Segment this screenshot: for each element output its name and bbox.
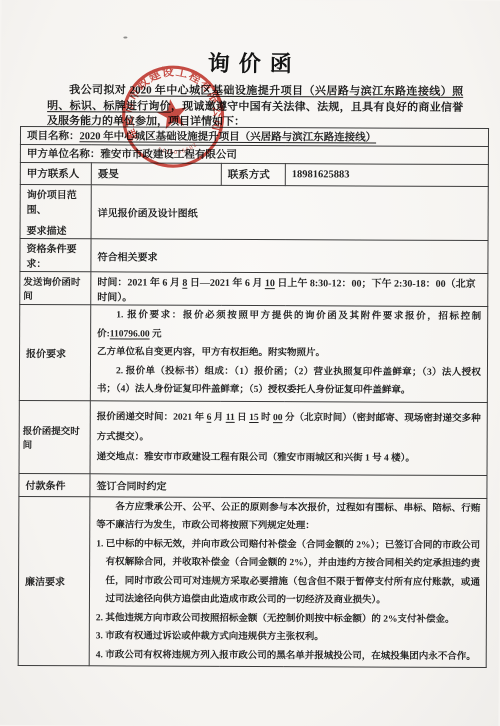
row-contact: 甲方联系人 聂旻 联系方式 18981625883 <box>20 162 488 186</box>
contact-name-value: 聂旻 <box>91 163 221 186</box>
quote-req-label: 报价要求 <box>19 304 90 400</box>
scope-label-line2: 要求描述 <box>27 222 85 237</box>
intro-text-start: 我公司拟对 <box>69 84 129 96</box>
submit-time-text: 月 <box>211 412 225 422</box>
intro-paragraph: 我公司拟对 2020 年中心城区基础设施提升项目（兴居路与滨江东路连接线）照明、… <box>47 83 463 131</box>
row-send-time: 发送询价函时间 时间：2021 年 6 月 8 日—2021 年 6 月 10 … <box>20 271 488 306</box>
quote-req-control-price: 110796.00 <box>110 329 150 339</box>
integrity-item-3: 3. 市政有权通过诉讼或仲裁方式向违规供方主张权利。 <box>96 627 480 647</box>
submit-time-label: 报价函提交时间 <box>19 400 90 473</box>
contact-phone-label: 联系方式 <box>221 163 285 185</box>
submit-time-text: 报价函递交时间：2021 年 <box>97 412 207 422</box>
send-time-text: 日—2021 年 6 月 <box>187 278 265 289</box>
submit-time-value: 报价函递交时间：2021 年 6 月 11 日 15 时 00 分（北京时间）（… <box>90 400 487 475</box>
row-scope: 询价项目范围、 要求描述 详见报价函及设计图纸 <box>20 184 488 240</box>
scope-value: 详见报价函及设计图纸 <box>91 185 488 241</box>
contact-phone-value: 18981625883 <box>285 164 488 187</box>
integrity-item-4: 4. 市政公司有权将违规方列入报市政公司的黑名单并报城投公司，在城投集团内永不合… <box>96 646 480 666</box>
scan-speck <box>123 36 127 38</box>
quote-req-item2: 2. 报价单（投标书）组成：（1）报价函；（2）营业执照复印件盖鲜章；（3）法人… <box>97 362 481 401</box>
send-time-text: 时间：2021 年 6 月 <box>97 277 182 288</box>
payment-label: 付款条件 <box>19 473 90 496</box>
page-title: 询价函 <box>20 46 488 79</box>
send-time-day2: 10 <box>265 278 275 289</box>
submit-hour: 15 <box>249 412 259 422</box>
integrity-item-2: 2. 其他违规方向市政公司按照招标金额（无控制价则按中标金额）的 2%支付补偿金… <box>96 609 480 629</box>
row-quote-requirements: 报价要求 1. 报价要求：报价必须按照甲方提供的询价函及其附件要求报价，招标控制… <box>19 304 487 402</box>
send-time-label: 发送询价函时间 <box>20 271 91 304</box>
integrity-item-1: 1. 已中标的中标无效，并向市政公司赔付补偿金（合同金额的 2%）；已签订合同的… <box>96 535 480 611</box>
row-payment: 付款条件 签订合同时约定 <box>19 473 487 498</box>
row-project-name: 项目名称：2020 年中心城区基础设施提升项目（兴居路与滨江东路连接线） <box>20 126 488 146</box>
submit-time-text: 时 <box>259 413 273 423</box>
submit-address: 递交地点：雅安市市政建设工程有限公司（雅安市雨城区和兴街 1 号 4 楼）。 <box>97 447 481 469</box>
integrity-value: 各方应秉承公开、公平、公正的原则参与本次报价，过程如有围标、串标、陪标、行贿等不… <box>89 496 487 667</box>
integrity-label: 廉洁要求 <box>18 496 90 666</box>
submit-time-text: 日 <box>235 412 249 422</box>
row-submit-time: 报价函提交时间 报价函递交时间：2021 年 6 月 11 日 15 时 00 … <box>19 400 487 475</box>
qualification-label: 资格条件要求： <box>20 238 91 271</box>
contact-label: 甲方联系人 <box>20 162 91 184</box>
inquiry-table: 项目名称：2020 年中心城区基础设施提升项目（兴居路与滨江东路连接线） 甲方单… <box>18 126 489 668</box>
quote-req-value: 1. 报价要求：报价必须按照甲方提供的询价函及其附件要求报价，招标控制价:110… <box>90 305 487 402</box>
project-name-value: 2020 年中心城区基础设施提升项目（兴居路与滨江东路连接线） <box>79 131 376 143</box>
send-time-value: 时间：2021 年 6 月 8 日—2021 年 6 月 10 日上午 8:30… <box>91 272 488 307</box>
party-a-label: 甲方单位名称： <box>27 149 101 160</box>
integrity-intro: 各方应秉承公开、公平、公正的原则参与本次报价，过程如有围标、串标、陪标、行贿等不… <box>96 498 480 537</box>
scope-label-line1: 询价项目范围、 <box>27 186 85 216</box>
row-integrity: 廉洁要求 各方应秉承公开、公平、公正的原则参与本次报价，过程如有围标、串标、陪标… <box>18 496 487 668</box>
party-a-value: 雅安市市政建设工程有限公司 <box>100 149 237 161</box>
submit-minute: 00 <box>273 413 283 423</box>
scanned-page: 询价函 我公司拟对 2020 年中心城区基础设施提升项目（兴居路与滨江东路连接线… <box>0 0 500 726</box>
quote-req-item1: 1. 报价要求：报价必须按照甲方提供的询价函及其附件要求报价，招标控制价:110… <box>97 306 481 345</box>
project-name-label: 项目名称： <box>27 131 80 142</box>
submit-day: 11 <box>226 412 235 422</box>
quote-req-item1-unit: 元 <box>150 329 162 339</box>
qualification-value: 符合相关要求 <box>91 239 488 274</box>
payment-value: 签订合同时约定 <box>90 473 487 498</box>
submit-time-line1: 报价函递交时间：2021 年 6 月 11 日 15 时 00 分（北京时间）（… <box>97 407 481 449</box>
row-qualification: 资格条件要求： 符合相关要求 <box>20 238 488 273</box>
row-party-a: 甲方单位名称：雅安市市政建设工程有限公司 <box>20 144 488 164</box>
quote-req-item1-cont: 乙方单位私自变更内容，甲方有权拒绝。附实物照片。 <box>97 343 481 363</box>
